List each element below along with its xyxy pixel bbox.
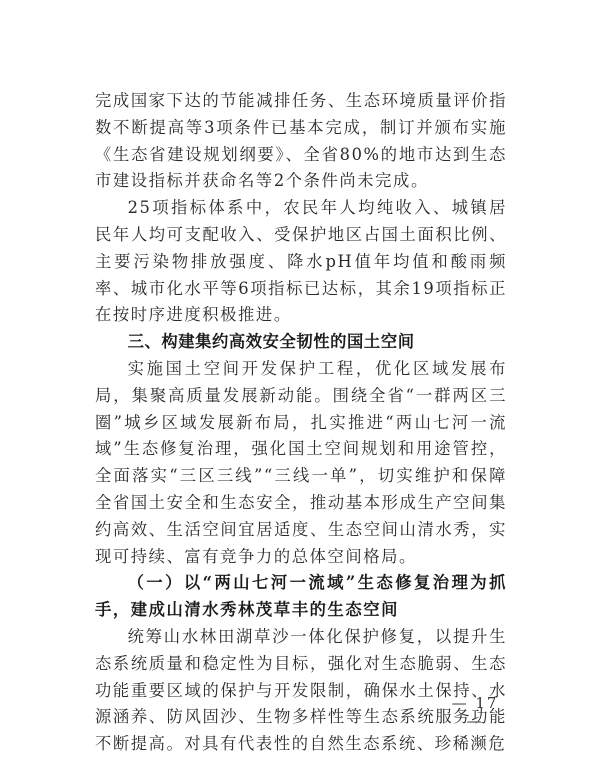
paragraph-indicator-system: 25项指标体系中，农民年人均纯收入、城镇居民年人均可支配收入、受保护地区占国土面… [95,195,507,329]
paragraph-ecosystem-protection: 统筹山水林田湖草沙一体化保护修复，以提升生态系统质量和稳定性为目标，强化对生态脆… [95,624,507,758]
document-page: 完成国家下达的节能减排任务、生态环境质量评价指数不断提高等3项条件已基本完成，制… [0,0,600,781]
page-number: — 17 — [440,694,510,730]
subsection-heading: （一）以“两山七河一流域”生态修复治理为抓手，建成山清水秀林茂草丰的生态空间 [95,570,507,624]
document-body: 完成国家下达的节能减排任务、生态环境质量评价指数不断提高等3项条件已基本完成，制… [95,88,507,758]
section-heading: 三、构建集约高效安全韧性的国土空间 [95,329,507,356]
paragraph-conditions-status: 完成国家下达的节能减排任务、生态环境质量评价指数不断提高等3项条件已基本完成，制… [95,88,507,195]
paragraph-territorial-space: 实施国土空间开发保护工程，优化区域发展布局，集聚高质量发展新动能。围绕全省“一群… [95,356,507,570]
